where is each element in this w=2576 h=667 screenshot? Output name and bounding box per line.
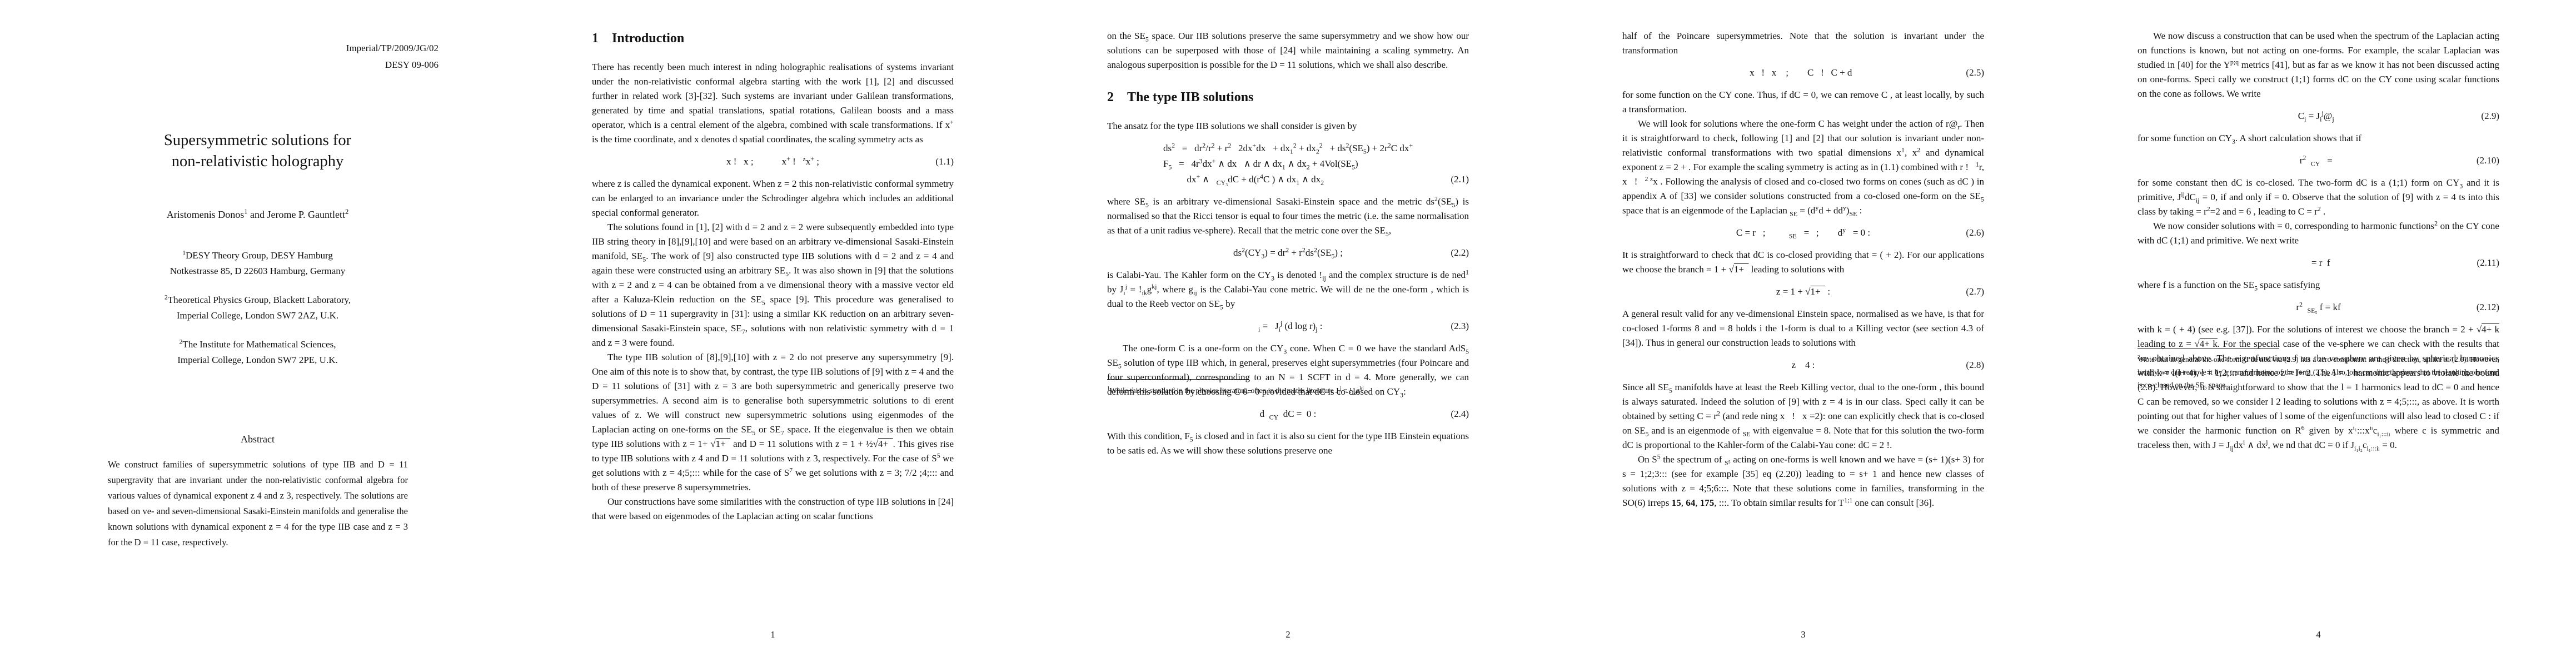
equation-tag: (2.1)	[1451, 172, 1469, 187]
footnote: 2Note that in general the one-form C de …	[2137, 348, 2499, 391]
equation-line: ds2 = dr2/r2 + r2 2dx+dx + dx12 + dx22 +…	[1163, 141, 1413, 156]
equation-line: ds2(CY3) = dr2 + r2ds2(SE5) ;	[1233, 245, 1343, 261]
equation-tag: (2.9)	[2481, 108, 2499, 124]
paragraph: We will look for solutions where the one…	[1622, 117, 1984, 218]
paragraph: where SE5 is an arbitrary ve-dimensional…	[1107, 195, 1469, 238]
paragraph: for some function on CY3. A short calcul…	[2137, 131, 2499, 146]
paragraph: The solutions found in [1], [2] with d =…	[592, 220, 954, 350]
affiliation-line: Imperial College, London SW7 2AZ, U.K.	[0, 308, 515, 323]
equation: i = Jij (d log r)j :(2.3)	[1107, 318, 1469, 334]
equation-line: z = 1 + √1+ :	[1776, 284, 1830, 300]
report-number-line: DESY 09-006	[346, 57, 439, 73]
footnote-text: 2Note that in general the one-form C de …	[2137, 353, 2499, 391]
equation: = r f(2.11)	[2137, 255, 2499, 271]
paragraph: The ansatz for the type IIB solutions we…	[1107, 119, 1469, 133]
paragraph: where f is a function on the SE5 space s…	[2137, 278, 2499, 292]
equation-tag: (2.7)	[1966, 284, 1984, 300]
equation-line: r2 CY =	[2300, 153, 2338, 168]
text-column: We now discuss a construction that can b…	[2137, 29, 2499, 452]
footnote-rule	[1107, 379, 1249, 380]
equation-tag: (2.6)	[1966, 225, 1984, 241]
equation: C = r ; SE = ; dy = 0 :(2.6)	[1622, 225, 1984, 241]
footnote-text: 1While this is standard in the physics l…	[1107, 384, 1469, 397]
affiliation-line: 1DESY Theory Group, DESY Hamburg	[0, 248, 515, 263]
equation: ds2(CY3) = dr2 + r2ds2(SE5) ;(2.2)	[1107, 245, 1469, 261]
paragraph: There has recently been much interest in…	[592, 60, 954, 147]
page-number: 3	[1546, 629, 2061, 640]
equation-line: x ! x ; C ! C + d	[1750, 65, 1857, 81]
affiliation-group: 2The Institute for Mathematical Sciences…	[0, 337, 515, 368]
affiliation-line: Notkestrasse 85, D 22603 Hamburg, German…	[0, 263, 515, 279]
equation-line: F5 = 4r3dx+ ∧ dx ∧ dr ∧ dx1 ∧ dx2 + 4Vol…	[1163, 156, 1413, 172]
equation-line: i = Jij (d log r)j :	[1254, 318, 1323, 334]
paper-page-2: on the SE5 space. Our IIB solutions pres…	[1030, 0, 1546, 667]
page-number: 4	[2061, 629, 2576, 640]
paragraph: Our constructions have some similarities…	[592, 495, 954, 524]
equation: z = 1 + √1+ :(2.7)	[1622, 284, 1984, 300]
affiliation-line: Imperial College, London SW7 2PE, U.K.	[0, 352, 515, 368]
equation: r2 CY = (2.10)	[2137, 153, 2499, 168]
equation-line: C = r ; SE = ; dy = 0 :	[1736, 225, 1870, 241]
paper-page-3: half of the Poincare supersymmetries. No…	[1546, 0, 2061, 667]
equation-tag: (2.10)	[2477, 153, 2499, 168]
text-column: 1 IntroductionThere has recently been mu…	[592, 29, 954, 524]
paper-page-1: 1 IntroductionThere has recently been mu…	[515, 0, 1030, 667]
text-column: half of the Poincare supersymmetries. No…	[1622, 29, 1984, 510]
equation-line: dx+ ∧ CY₃dC + d(r4C ) ∧ dx1 ∧ dx2	[1163, 172, 1413, 187]
paragraph: where z is called the dynamical exponent…	[592, 177, 954, 220]
equation-line: r2 SE₅ f = kf	[2296, 300, 2340, 315]
equation-tag: (2.2)	[1451, 245, 1469, 261]
equation-tag: (2.8)	[1966, 357, 1984, 373]
equation: x ! x ; C ! C + d (2.5)	[1622, 65, 1984, 81]
paragraph: for some constant then dC is co-closed. …	[2137, 176, 2499, 219]
equation-tag: (2.4)	[1451, 406, 1469, 422]
paragraph: With this condition, F5 is closed and in…	[1107, 429, 1469, 458]
affiliation-line: 2Theoretical Physics Group, Blackett Lab…	[0, 292, 515, 308]
equation-tag: (2.12)	[2477, 300, 2499, 315]
affiliation-line: 2The Institute for Mathematical Sciences…	[0, 337, 515, 352]
section-heading: 1 Introduction	[592, 30, 954, 47]
equation: ds2 = dr2/r2 + r2 2dx+dx + dx12 + dx22 +…	[1107, 141, 1469, 187]
equation-line: d CY dC = 0 :	[1260, 406, 1317, 422]
equation-tag: (2.5)	[1966, 65, 1984, 81]
page-number: 2	[1030, 629, 1546, 640]
pages-row: Imperial/TP/2009/JG/02 DESY 09-006 Super…	[0, 0, 2576, 667]
report-numbers: Imperial/TP/2009/JG/02 DESY 09-006	[346, 40, 439, 73]
affiliation-group: 1DESY Theory Group, DESY HamburgNotkestr…	[0, 248, 515, 279]
equation: Ci = Jij@j (2.9)	[2137, 108, 2499, 124]
equation: d CY dC = 0 :(2.4)	[1107, 406, 1469, 422]
text-column: on the SE5 space. Our IIB solutions pres…	[1107, 29, 1469, 458]
report-number-line: Imperial/TP/2009/JG/02	[346, 40, 439, 57]
equation-tag: (2.3)	[1451, 318, 1469, 334]
paragraph: is Calabi-Yau. The Kahler form on the CY…	[1107, 268, 1469, 311]
affiliations: 1DESY Theory Group, DESY HamburgNotkestr…	[0, 248, 515, 381]
document-canvas: { "watermark": "arXiv:0901.0818v2 [hep-t…	[0, 0, 2576, 667]
equation-tag: (2.11)	[2477, 255, 2499, 271]
paper-page-4: We now discuss a construction that can b…	[2061, 0, 2576, 667]
paper-title-line: Supersymmetric solutions for	[0, 130, 515, 151]
paragraph: We now consider solutions with = 0, corr…	[2137, 219, 2499, 248]
paragraph: The type IIB solution of [8],[9],[10] wi…	[592, 350, 954, 495]
equation: x ! x ; x+ ! zx+ ;(1.1)	[592, 154, 954, 170]
paper-title: Supersymmetric solutions for non-relativ…	[0, 130, 515, 172]
abstract-text: We construct families of supersymmetric …	[108, 457, 408, 550]
paragraph: Since all SE5 manifolds have at least th…	[1622, 380, 1984, 452]
abstract-heading: Abstract	[0, 434, 515, 445]
equation-line: Ci = Jij@j	[2298, 108, 2339, 124]
paper-title-line: non-relativistic holography	[0, 151, 515, 172]
equation: r2 SE₅ f = kf(2.12)	[2137, 300, 2499, 315]
paragraph: A general result valid for any ve-dimens…	[1622, 307, 1984, 350]
paper-page-title: Imperial/TP/2009/JG/02 DESY 09-006 Super…	[0, 0, 515, 667]
paragraph: on the SE5 space. Our IIB solutions pres…	[1107, 29, 1469, 72]
equation-line: x ! x ; x+ ! zx+ ;	[726, 154, 819, 170]
footnote-rule	[2137, 348, 2279, 349]
equation-line: = r f	[2306, 255, 2330, 271]
paragraph: half of the Poincare supersymmetries. No…	[1622, 29, 1984, 58]
paragraph: for some function on the CY cone. Thus, …	[1622, 88, 1984, 117]
footnote: 1While this is standard in the physics l…	[1107, 379, 1469, 397]
equation-line: z 4 :	[1791, 357, 1815, 373]
paragraph: It is straightforward to check that dC i…	[1622, 248, 1984, 277]
affiliation-group: 2Theoretical Physics Group, Blackett Lab…	[0, 292, 515, 323]
equation: z 4 :(2.8)	[1622, 357, 1984, 373]
paragraph: We now discuss a construction that can b…	[2137, 29, 2499, 101]
authors-line: Aristomenis Donos1 and Jerome P. Gauntle…	[0, 209, 515, 221]
paragraph: On S5 the spectrum of S⁵ acting on one-f…	[1622, 452, 1984, 510]
section-heading: 2 The type IIB solutions	[1107, 89, 1469, 106]
page-number: 1	[515, 629, 1030, 640]
equation-tag: (1.1)	[935, 154, 954, 170]
